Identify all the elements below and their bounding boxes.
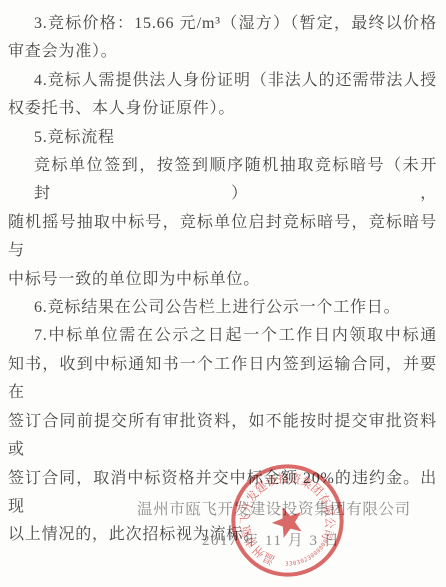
document-line: 4.竞标人需提供法人身份证明（非法人的还需带法人授 [8, 67, 437, 95]
document-line: 7.中标单位需在公示之日起一个工作日内领取中标通 [8, 322, 437, 350]
document-page: 3.竞标价格：15.66 元/m³（湿方）（暂定，最终以价格 审查会为准）。 4… [0, 0, 446, 587]
star-icon [268, 502, 307, 540]
document-line: 签订合同前提交所有审批资料，如不能按时提交审批资料或 [8, 408, 437, 465]
document-line: 3.竞标价格：15.66 元/m³（湿方）（暂定，最终以价格 [8, 10, 437, 38]
document-line: 竞标单位签到，按签到顺序随机抽取竞标暗号（未开封）， [8, 152, 437, 209]
document-line: 权委托书、本人身份证原件）。 [8, 95, 437, 123]
document-line: 审查会为准）。 [8, 38, 437, 66]
document-body: 3.竞标价格：15.66 元/m³（湿方）（暂定，最终以价格 审查会为准）。 4… [0, 0, 446, 550]
seal-serial-holder: 3303023000000 [280, 537, 334, 571]
document-line: 随机摇号抽取中标号，竞标单位启封竞标暗号，竞标暗号与 [8, 209, 437, 266]
document-line: 知书，收到中标通知书一个工作日内签到运输合同，并要在 [8, 351, 437, 408]
document-line: 5.竞标流程 [8, 124, 437, 152]
seal-serial-number: 3303023000000 [280, 537, 334, 571]
document-line: 中标号一致的单位即为中标单位。 [8, 266, 437, 294]
document-line: 6.竞标结果在公司公告栏上进行公示一个工作日。 [8, 294, 437, 322]
